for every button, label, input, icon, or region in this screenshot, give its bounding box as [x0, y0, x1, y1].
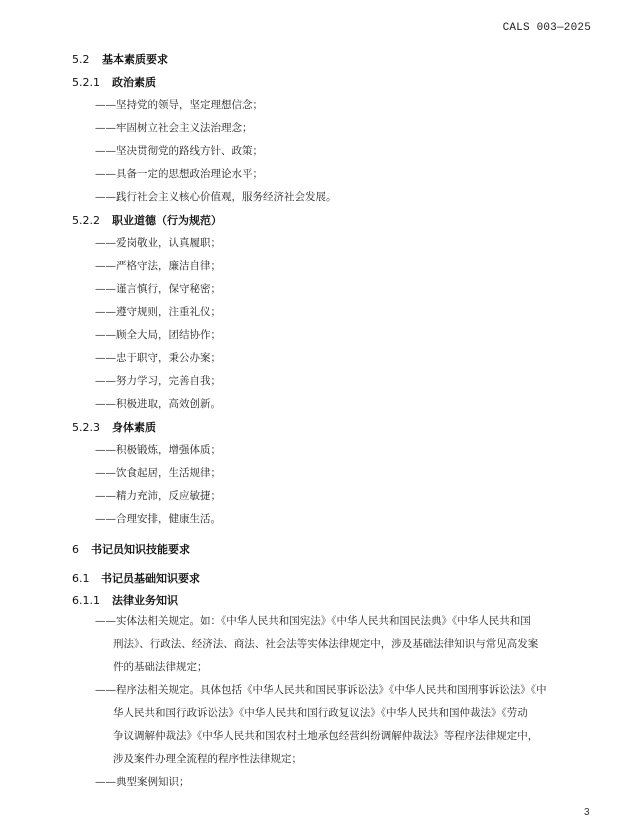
- list-item: ——牢固树立社会主义法治理念；: [95, 120, 253, 135]
- list-item: ——谨言慎行，保守秘密；: [95, 281, 221, 296]
- paragraph-line: ——程序法相关规定。具体包括《中华人民共和国民事诉讼法》《中华人民共和国刑事诉讼…: [95, 679, 592, 702]
- list-item: ——践行社会主义核心价值观，服务经济社会发展。: [95, 189, 337, 204]
- paragraph-line: 争议调解仲裁法》《中华人民共和国农村土地承包经营纠纷调解仲裁法》等程序法律规定中…: [95, 725, 592, 748]
- page-number: 3: [584, 807, 590, 818]
- heading-title: 书记员基础知识要求: [101, 572, 200, 585]
- heading-number: 5.2.2: [72, 214, 112, 227]
- heading-6-1: 6.1书记员基础知识要求: [72, 570, 200, 586]
- list-item: ——遵守规则，注重礼仪；: [95, 304, 221, 319]
- heading-title: 政治素质: [112, 76, 156, 89]
- list-item: ——具备一定的思想政治理论水平；: [95, 166, 263, 181]
- paragraph-procedural-law: ——程序法相关规定。具体包括《中华人民共和国民事诉讼法》《中华人民共和国刑事诉讼…: [95, 679, 592, 771]
- list-item: ——饮食起居，生活规律；: [95, 465, 221, 480]
- heading-number: 6.1: [72, 572, 101, 585]
- heading-number: 6: [72, 543, 91, 556]
- list-item: ——努力学习，完善自我；: [95, 373, 221, 388]
- heading-title: 身体素质: [112, 421, 156, 434]
- list-item: ——积极进取，高效创新。: [95, 396, 221, 411]
- document-code-header: CALS 003—2025: [503, 22, 591, 34]
- heading-5-2-1: 5.2.1政治素质: [72, 74, 156, 90]
- paragraph-line: 刑法》、行政法、经济法、商法、社会法等实体法律规定中，涉及基础法律知识与常见高发…: [95, 633, 592, 656]
- paragraph-line: 涉及案件办理全流程的程序性法律规定；: [95, 748, 592, 771]
- paragraph-line: 华人民共和国行政诉讼法》《中华人民共和国行政复议法》《中华人民共和国仲裁法》《劳…: [95, 702, 592, 725]
- list-item: ——爱岗敬业，认真履职；: [95, 235, 221, 250]
- heading-5-2-2: 5.2.2职业道德（行为规范）: [72, 212, 222, 228]
- list-item: ——坚决贯彻党的路线方针、政策；: [95, 143, 263, 158]
- heading-number: 5.2.3: [72, 421, 112, 434]
- list-item: ——坚持党的领导，坚定理想信念；: [95, 97, 263, 112]
- list-item: ——精力充沛，反应敏捷；: [95, 488, 221, 503]
- heading-5-2-3: 5.2.3身体素质: [72, 419, 156, 435]
- list-item: ——顾全大局，团结协作；: [95, 327, 221, 342]
- list-item: ——严格守法，廉洁自律；: [95, 258, 221, 273]
- heading-title: 基本素质要求: [102, 53, 168, 66]
- paragraph-line: 件的基础法律规定；: [95, 656, 592, 679]
- heading-title: 法律业务知识: [112, 594, 178, 607]
- list-item: ——忠于职守，秉公办案；: [95, 350, 221, 365]
- heading-number: 6.1.1: [72, 594, 112, 607]
- paragraph-line: ——实体法相关规定。如：《中华人民共和国宪法》《中华人民共和国民法典》《中华人民…: [95, 610, 592, 633]
- list-item: ——合理安排，健康生活。: [95, 511, 221, 526]
- heading-6: 6书记员知识技能要求: [72, 541, 190, 557]
- paragraph-substantive-law: ——实体法相关规定。如：《中华人民共和国宪法》《中华人民共和国民法典》《中华人民…: [95, 610, 592, 679]
- heading-title: 职业道德（行为规范）: [112, 214, 222, 227]
- heading-5-2: 5.2基本素质要求: [72, 51, 168, 67]
- heading-title: 书记员知识技能要求: [91, 543, 190, 556]
- paragraph-case-knowledge: ——典型案例知识；: [95, 771, 592, 794]
- heading-6-1-1: 6.1.1法律业务知识: [72, 592, 178, 608]
- heading-number: 5.2.1: [72, 76, 112, 89]
- list-item: ——积极锻炼，增强体质；: [95, 442, 221, 457]
- paragraph-line: ——典型案例知识；: [95, 771, 592, 794]
- heading-number: 5.2: [72, 53, 102, 66]
